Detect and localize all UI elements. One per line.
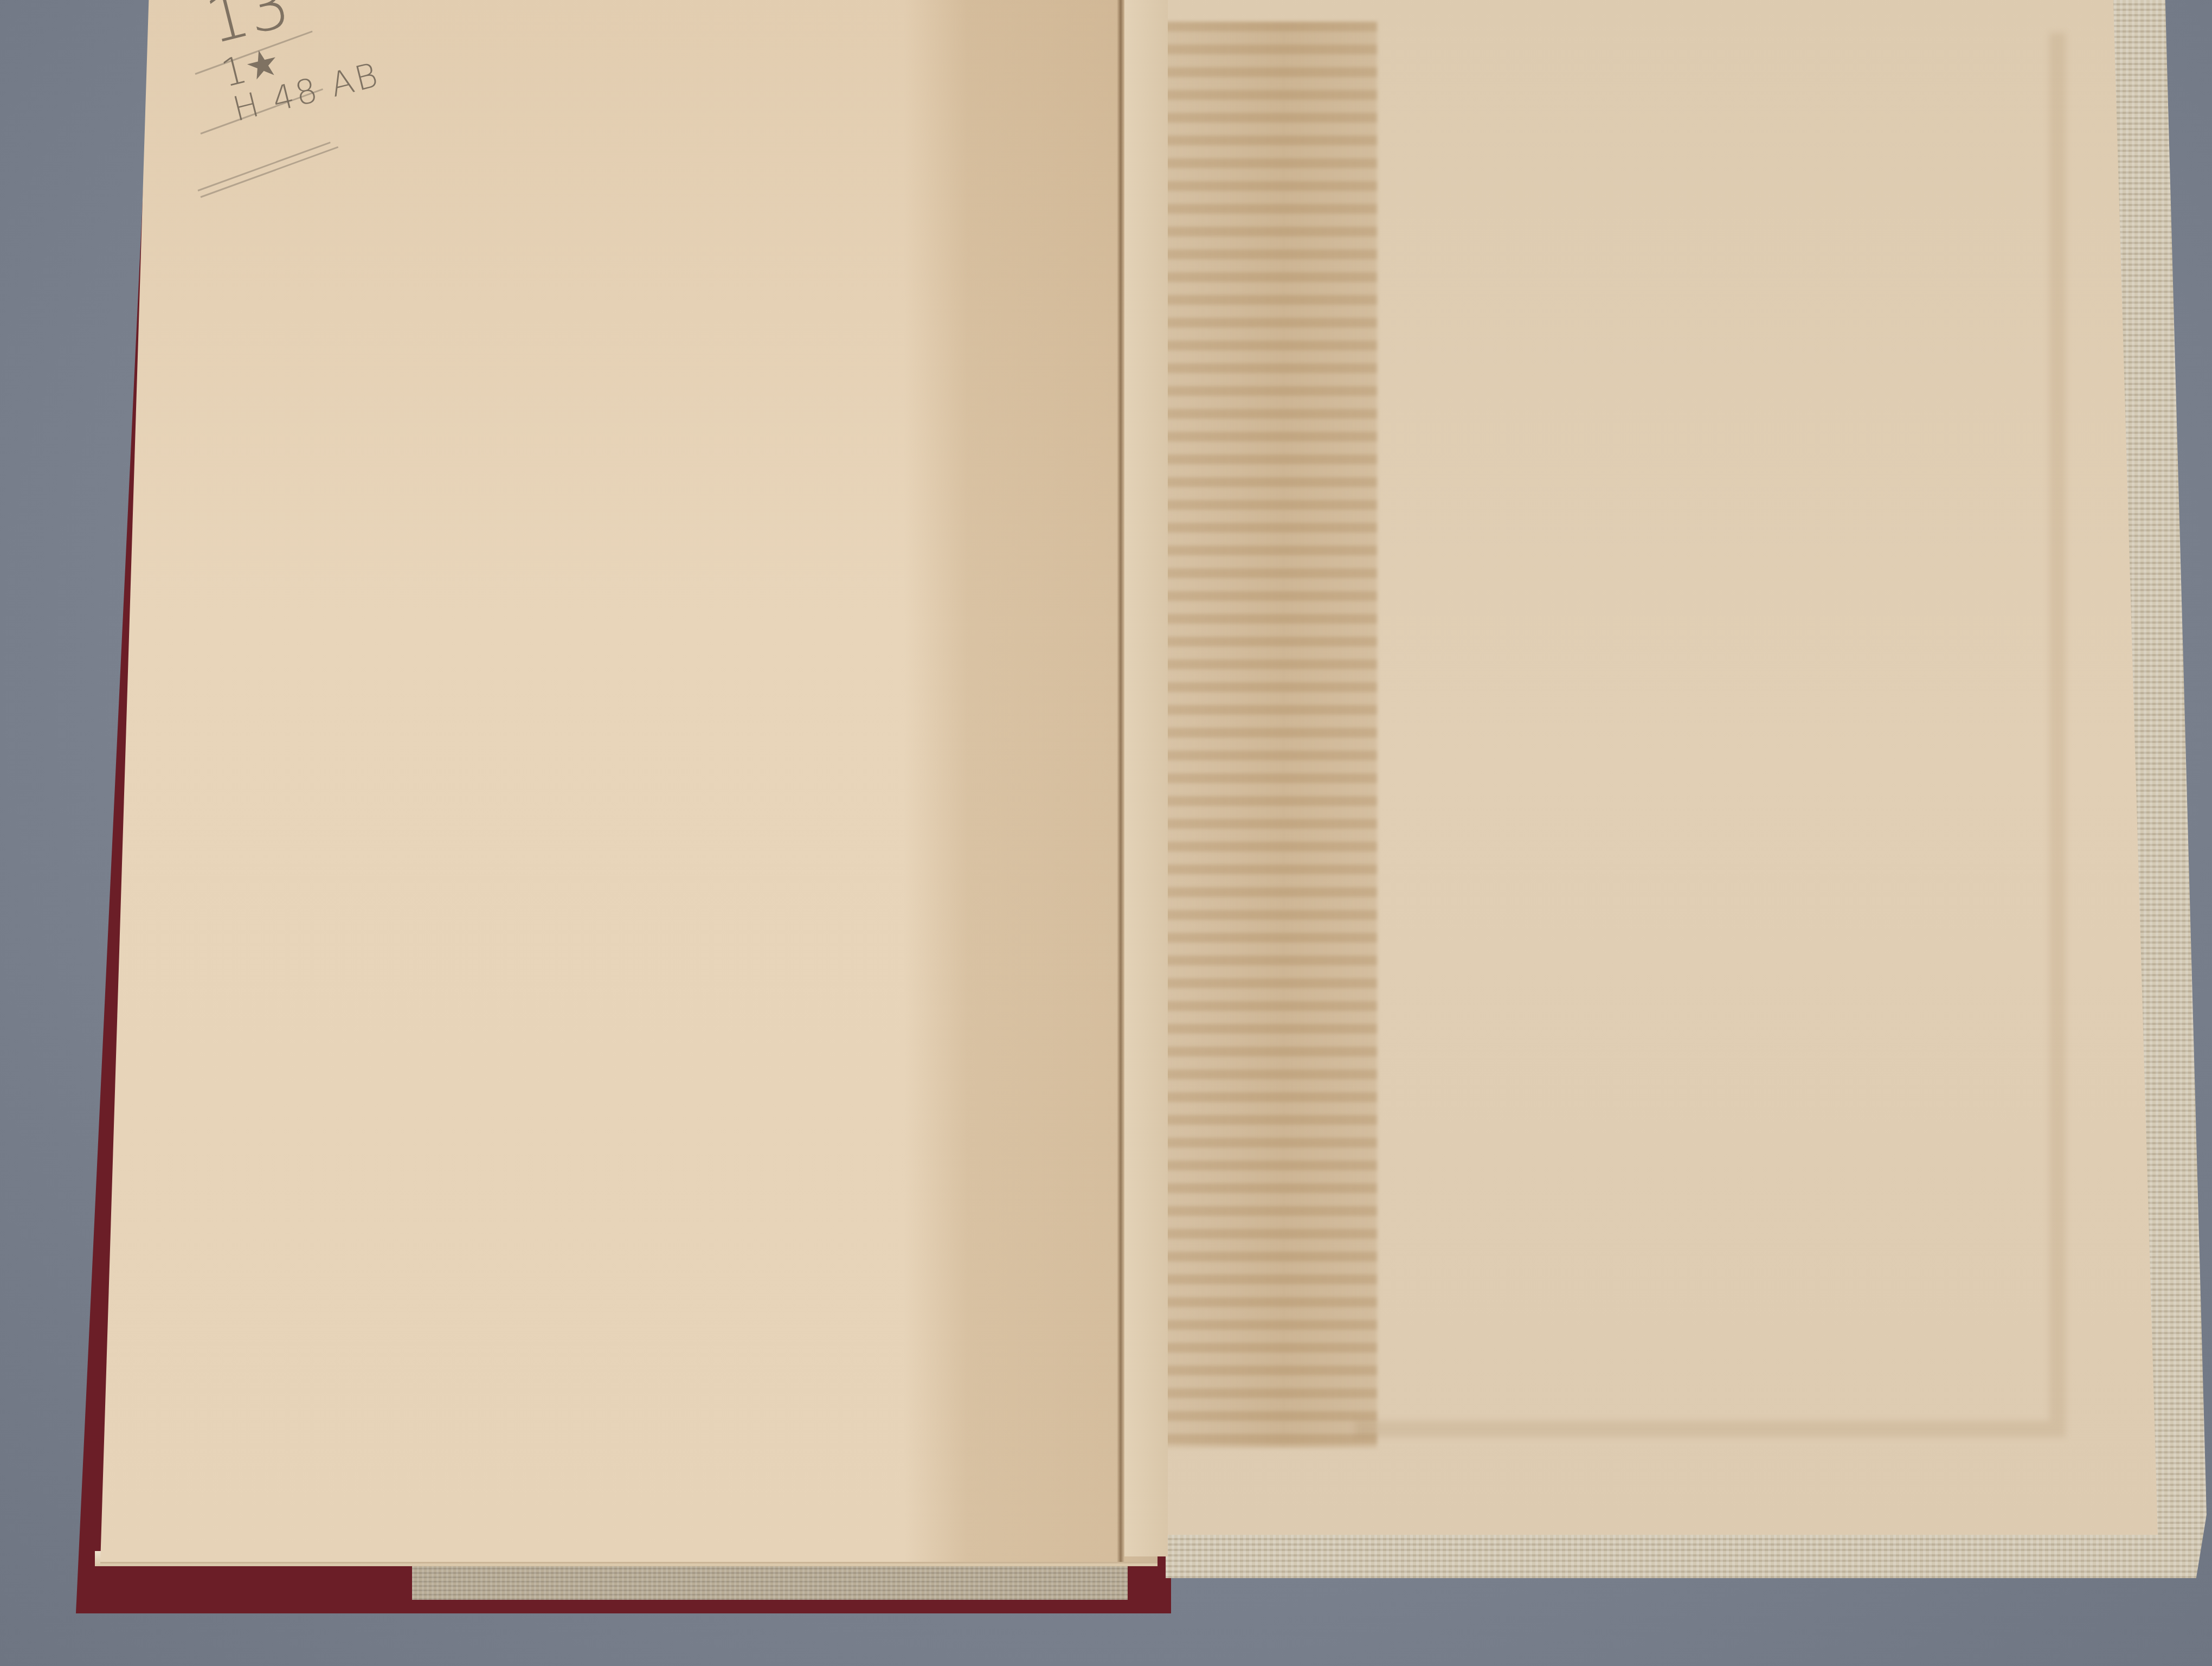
offset-text-column bbox=[1144, 22, 1377, 1448]
left-endpaper bbox=[100, 0, 1158, 1564]
book-gutter bbox=[1117, 0, 1124, 1562]
spine-linen-strip bbox=[412, 1562, 1128, 1600]
hinge-fold bbox=[1124, 0, 1168, 1556]
offset-frame-stain bbox=[1355, 33, 2066, 1437]
